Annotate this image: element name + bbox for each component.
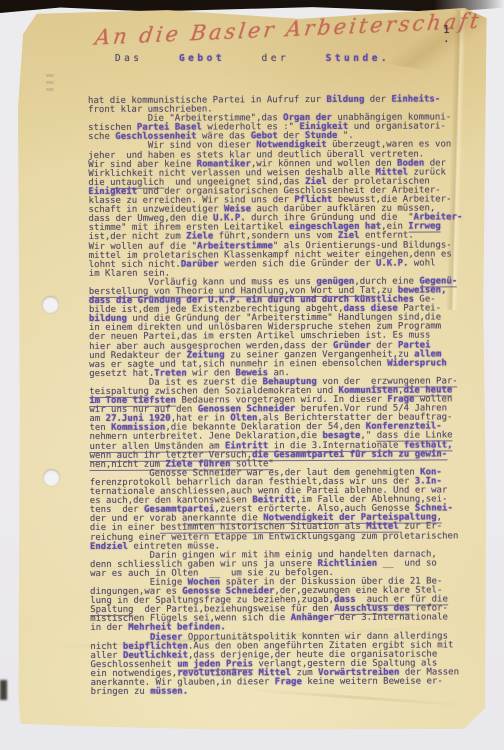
typed-text: Darüber <box>181 259 219 269</box>
typed-text: Bildung <box>326 95 364 105</box>
punch-hole-top <box>42 296 59 313</box>
typed-text: Gebot <box>179 53 225 64</box>
typed-text: die Gesammtpartei für sich zu gewin- <box>252 449 447 461</box>
typed-text: der 3.Internationale <box>334 613 448 623</box>
typed-text: bringen zu <box>91 687 151 697</box>
typed-text: wohl <box>408 258 435 268</box>
typed-text: der <box>225 53 326 64</box>
typed-text: Anhänger <box>291 613 334 623</box>
page-number-mark: 1 . <box>443 25 450 43</box>
typed-text: Einheits- <box>391 94 440 104</box>
typed-text: Widerspruch <box>387 358 447 368</box>
typed-text: Frage <box>275 677 302 687</box>
typed-text: U.K.P. <box>376 258 409 268</box>
document-title: Das Gebot der Stunde. <box>17 53 488 64</box>
red-handwritten-annotation: An die Basler Arbeiterschaft ! <box>94 10 442 49</box>
typed-text: werden sich die Gründer der <box>219 258 376 269</box>
typed-text: müssen. <box>150 687 188 697</box>
typed-text: __ und so <box>377 558 437 568</box>
document-paper: An die Basler Arbeiterschaft ! 1 . Das G… <box>17 8 488 731</box>
typed-text: Das <box>115 53 179 64</box>
punch-hole-bottom <box>43 469 60 486</box>
photo-dark-smudge <box>0 680 7 700</box>
pencil-margin-mark <box>46 70 54 114</box>
typed-text: keine weitern Beweise er- <box>302 676 443 687</box>
typed-text: der <box>364 95 391 105</box>
typed-line: bringen zu müssen. <box>91 686 473 697</box>
photo-of-document: { "photo": { "background_hex": "#eceaee"… <box>0 0 504 750</box>
typed-body: hat die kommunistische Partei in Aufruf … <box>88 95 473 697</box>
typed-text: Stunde. <box>326 53 391 64</box>
typed-text: und organisatori- <box>348 122 446 132</box>
